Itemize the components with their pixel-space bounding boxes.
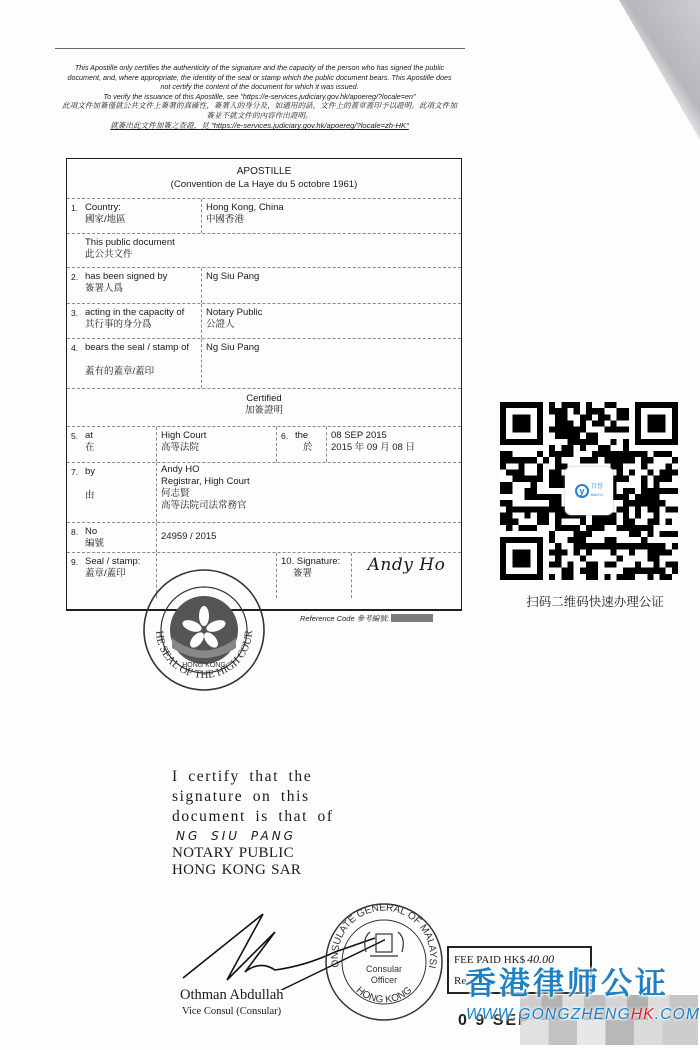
row-capacity: 3.acting in the capacity of其行事的身分爲 Notar…: [67, 304, 461, 339]
apostille-title: APOSTILLE: [67, 165, 461, 178]
row-seal-of: 4.bears the seal / stamp of蓋有的蓋章/蓋印 Ng S…: [67, 339, 461, 389]
no-value: 24959 / 2015: [156, 523, 461, 552]
notary-certification: I certify that the signature on this doc…: [172, 767, 334, 879]
signature-label-zh: 簽署: [281, 568, 347, 580]
row-certified: Certified 加簽證明: [67, 389, 461, 427]
disclaimer-zh: 此項文件加簽僅就公共文件上簽署的真確性，簽署人的身分及，如適用的話，文件上的蓋章…: [62, 101, 457, 121]
malaysia-seal-outer: CONSULATE GENERAL OF MALAYSIA: [322, 900, 438, 969]
capacity-label-en: acting in the capacity of: [85, 307, 184, 318]
reference-code-redacted: [391, 614, 433, 622]
country-label-zh: 國家/地區: [85, 214, 126, 225]
malaysia-seal-bottom: HONG KONG: [354, 985, 415, 1006]
apostille-subtitle: (Convention de La Haye du 5 octobre 1961…: [67, 178, 461, 191]
reference-code-label: Reference Code 參考編號:: [300, 614, 389, 623]
disclaimer-en: This Apostille only certifies the authen…: [62, 63, 457, 92]
signed-by-label-zh: 簽署人爲: [85, 283, 123, 294]
certify-line-2: signature on this: [172, 787, 334, 807]
capacity-value-en: Notary Public: [206, 307, 457, 319]
row-signed-by: 2.has been signed by簽署人爲 Ng Siu Pang: [67, 268, 461, 304]
country-value-en: Hong Kong, China: [206, 202, 457, 214]
field-number: 5.: [71, 430, 85, 442]
certify-line-5: HONG KONG SAR: [172, 862, 334, 879]
seal-of-label-en: bears the seal / stamp of: [85, 342, 189, 353]
by-title-zh: 高等法院司法常務官: [161, 500, 457, 512]
qr-code[interactable]: y 百誉 BAIYU: [500, 402, 678, 580]
row-number: 8.No編號 24959 / 2015: [67, 523, 461, 553]
qr-logo-zh: 百誉: [591, 484, 603, 491]
apostille-disclaimer: This Apostille only certifies the authen…: [62, 63, 457, 131]
registrar-signature: Andy Ho: [368, 555, 446, 575]
high-court-seal-icon: THE SEAL OF THE HIGH COURT HONG KONG: [142, 568, 266, 692]
malaysia-consulate-seal-icon: CONSULATE GENERAL OF MALAYSIA HONG KONG …: [322, 900, 446, 1024]
field-number: 3.: [71, 307, 85, 319]
certified-label-en: Certified: [245, 393, 283, 405]
no-label-zh: 編號: [85, 538, 104, 549]
row-public-document: This public document 此公共文件: [67, 234, 461, 268]
high-court-seal-inner: HONG KONG: [182, 662, 226, 669]
field-number: 6.: [281, 430, 295, 442]
signed-by-label-en: has been signed by: [85, 271, 167, 282]
date-label-zh: 於: [295, 442, 313, 453]
apostille-certificate: APOSTILLE (Convention de La Haye du 5 oc…: [66, 158, 462, 611]
consul-name: Othman Abdullah: [180, 987, 284, 1004]
watermark-url-hk: HK: [631, 1006, 655, 1023]
field-number: 8.: [71, 526, 85, 538]
by-name-en: Andy HO: [161, 464, 457, 476]
capacity-value-zh: 公證人: [206, 319, 457, 331]
svg-text:CONSULATE GENERAL OF MALAYSIA: CONSULATE GENERAL OF MALAYSIA: [322, 900, 438, 969]
malaysia-seal-inner-2: Officer: [371, 975, 397, 985]
capacity-label-zh: 其行事的身分爲: [85, 319, 152, 330]
disclaimer-verify-zh: 就簽出此文件加簽之查證，見 "https://e-services.judici…: [62, 121, 457, 131]
seal-label-en: Seal / stamp:: [85, 556, 140, 567]
qr-caption: 扫码二维码快速办理公证: [510, 592, 680, 610]
reference-code: Reference Code 參考編號:: [300, 613, 433, 624]
seal-label-zh: 蓋章/蓋印: [85, 568, 126, 579]
row-by: 7.by由 Andy HO Registrar, High Court 何志賢 …: [67, 463, 461, 523]
field-number: 10.: [281, 556, 294, 567]
row-at-date: 5.at在 High Court 高等法院 6.the於 08 SEP 2015…: [67, 427, 461, 463]
certify-line-4: NOTARY PUBLIC: [172, 845, 334, 862]
qr-logo-en: BAIYU: [591, 491, 603, 498]
watermark-url[interactable]: WWW.GONGZHENGHK.COM: [466, 1006, 700, 1024]
seal-of-value: Ng Siu Pang: [201, 339, 461, 388]
watermark-url-suffix: .COM: [655, 1006, 700, 1023]
certify-line-1: I certify that the: [172, 767, 334, 787]
by-label-en: by: [85, 466, 95, 477]
by-title-en: Registrar, High Court: [161, 476, 457, 488]
watermark-url-prefix: WWW.GONGZHENG: [466, 1006, 631, 1023]
field-number: 2.: [71, 271, 85, 283]
at-value-en: High Court: [161, 430, 272, 442]
by-label-zh: 由: [85, 490, 95, 501]
public-document-label-zh: 此公共文件: [85, 249, 175, 261]
public-document-label-en: This public document: [85, 237, 175, 249]
field-number: 1.: [71, 202, 85, 214]
page-corner-fold: [610, 0, 700, 140]
row-country: 1.Country:國家/地區 Hong Kong, China 中國香港: [67, 199, 461, 234]
field-number: 7.: [71, 466, 85, 478]
country-value-zh: 中國香港: [206, 214, 457, 226]
certify-line-3: document is that of: [172, 807, 334, 827]
date-value-zh: 2015 年 09 月 08 日: [331, 442, 457, 454]
date-label-en: the: [295, 430, 308, 441]
signed-by-value: Ng Siu Pang: [201, 268, 461, 303]
field-number: 4.: [71, 342, 85, 354]
no-label-en: No: [85, 526, 97, 537]
by-name-zh: 何志賢: [161, 488, 457, 500]
seal-of-label-zh: 蓋有的蓋章/蓋印: [85, 366, 154, 377]
qr-logo: y 百誉 BAIYU: [565, 467, 613, 515]
svg-text:HONG KONG: HONG KONG: [354, 985, 415, 1006]
malaysia-seal-inner-1: Consular: [366, 964, 402, 974]
field-number: 9.: [71, 556, 85, 568]
at-value-zh: 高等法院: [161, 442, 272, 454]
consul-title: Vice Consul (Consular): [182, 1006, 281, 1017]
watermark-title: 香港律师公证: [465, 958, 669, 1003]
certified-label-zh: 加簽證明: [245, 405, 283, 417]
signature-label-en: 10. Signature:: [281, 556, 347, 568]
country-label-en: Country:: [85, 202, 121, 213]
at-label-zh: 在: [85, 442, 95, 453]
apostille-header: APOSTILLE (Convention de La Haye du 5 oc…: [67, 159, 461, 199]
baiyu-logo-icon: y: [575, 484, 589, 498]
top-rule: [55, 48, 465, 49]
signature-label-text: Signature:: [297, 556, 340, 567]
at-label-en: at: [85, 430, 93, 441]
date-value-en: 08 SEP 2015: [331, 430, 457, 442]
handwritten-name: NG SIU PANG: [172, 827, 334, 845]
disclaimer-verify-en: To verify the issuance of this Apostille…: [62, 92, 457, 102]
